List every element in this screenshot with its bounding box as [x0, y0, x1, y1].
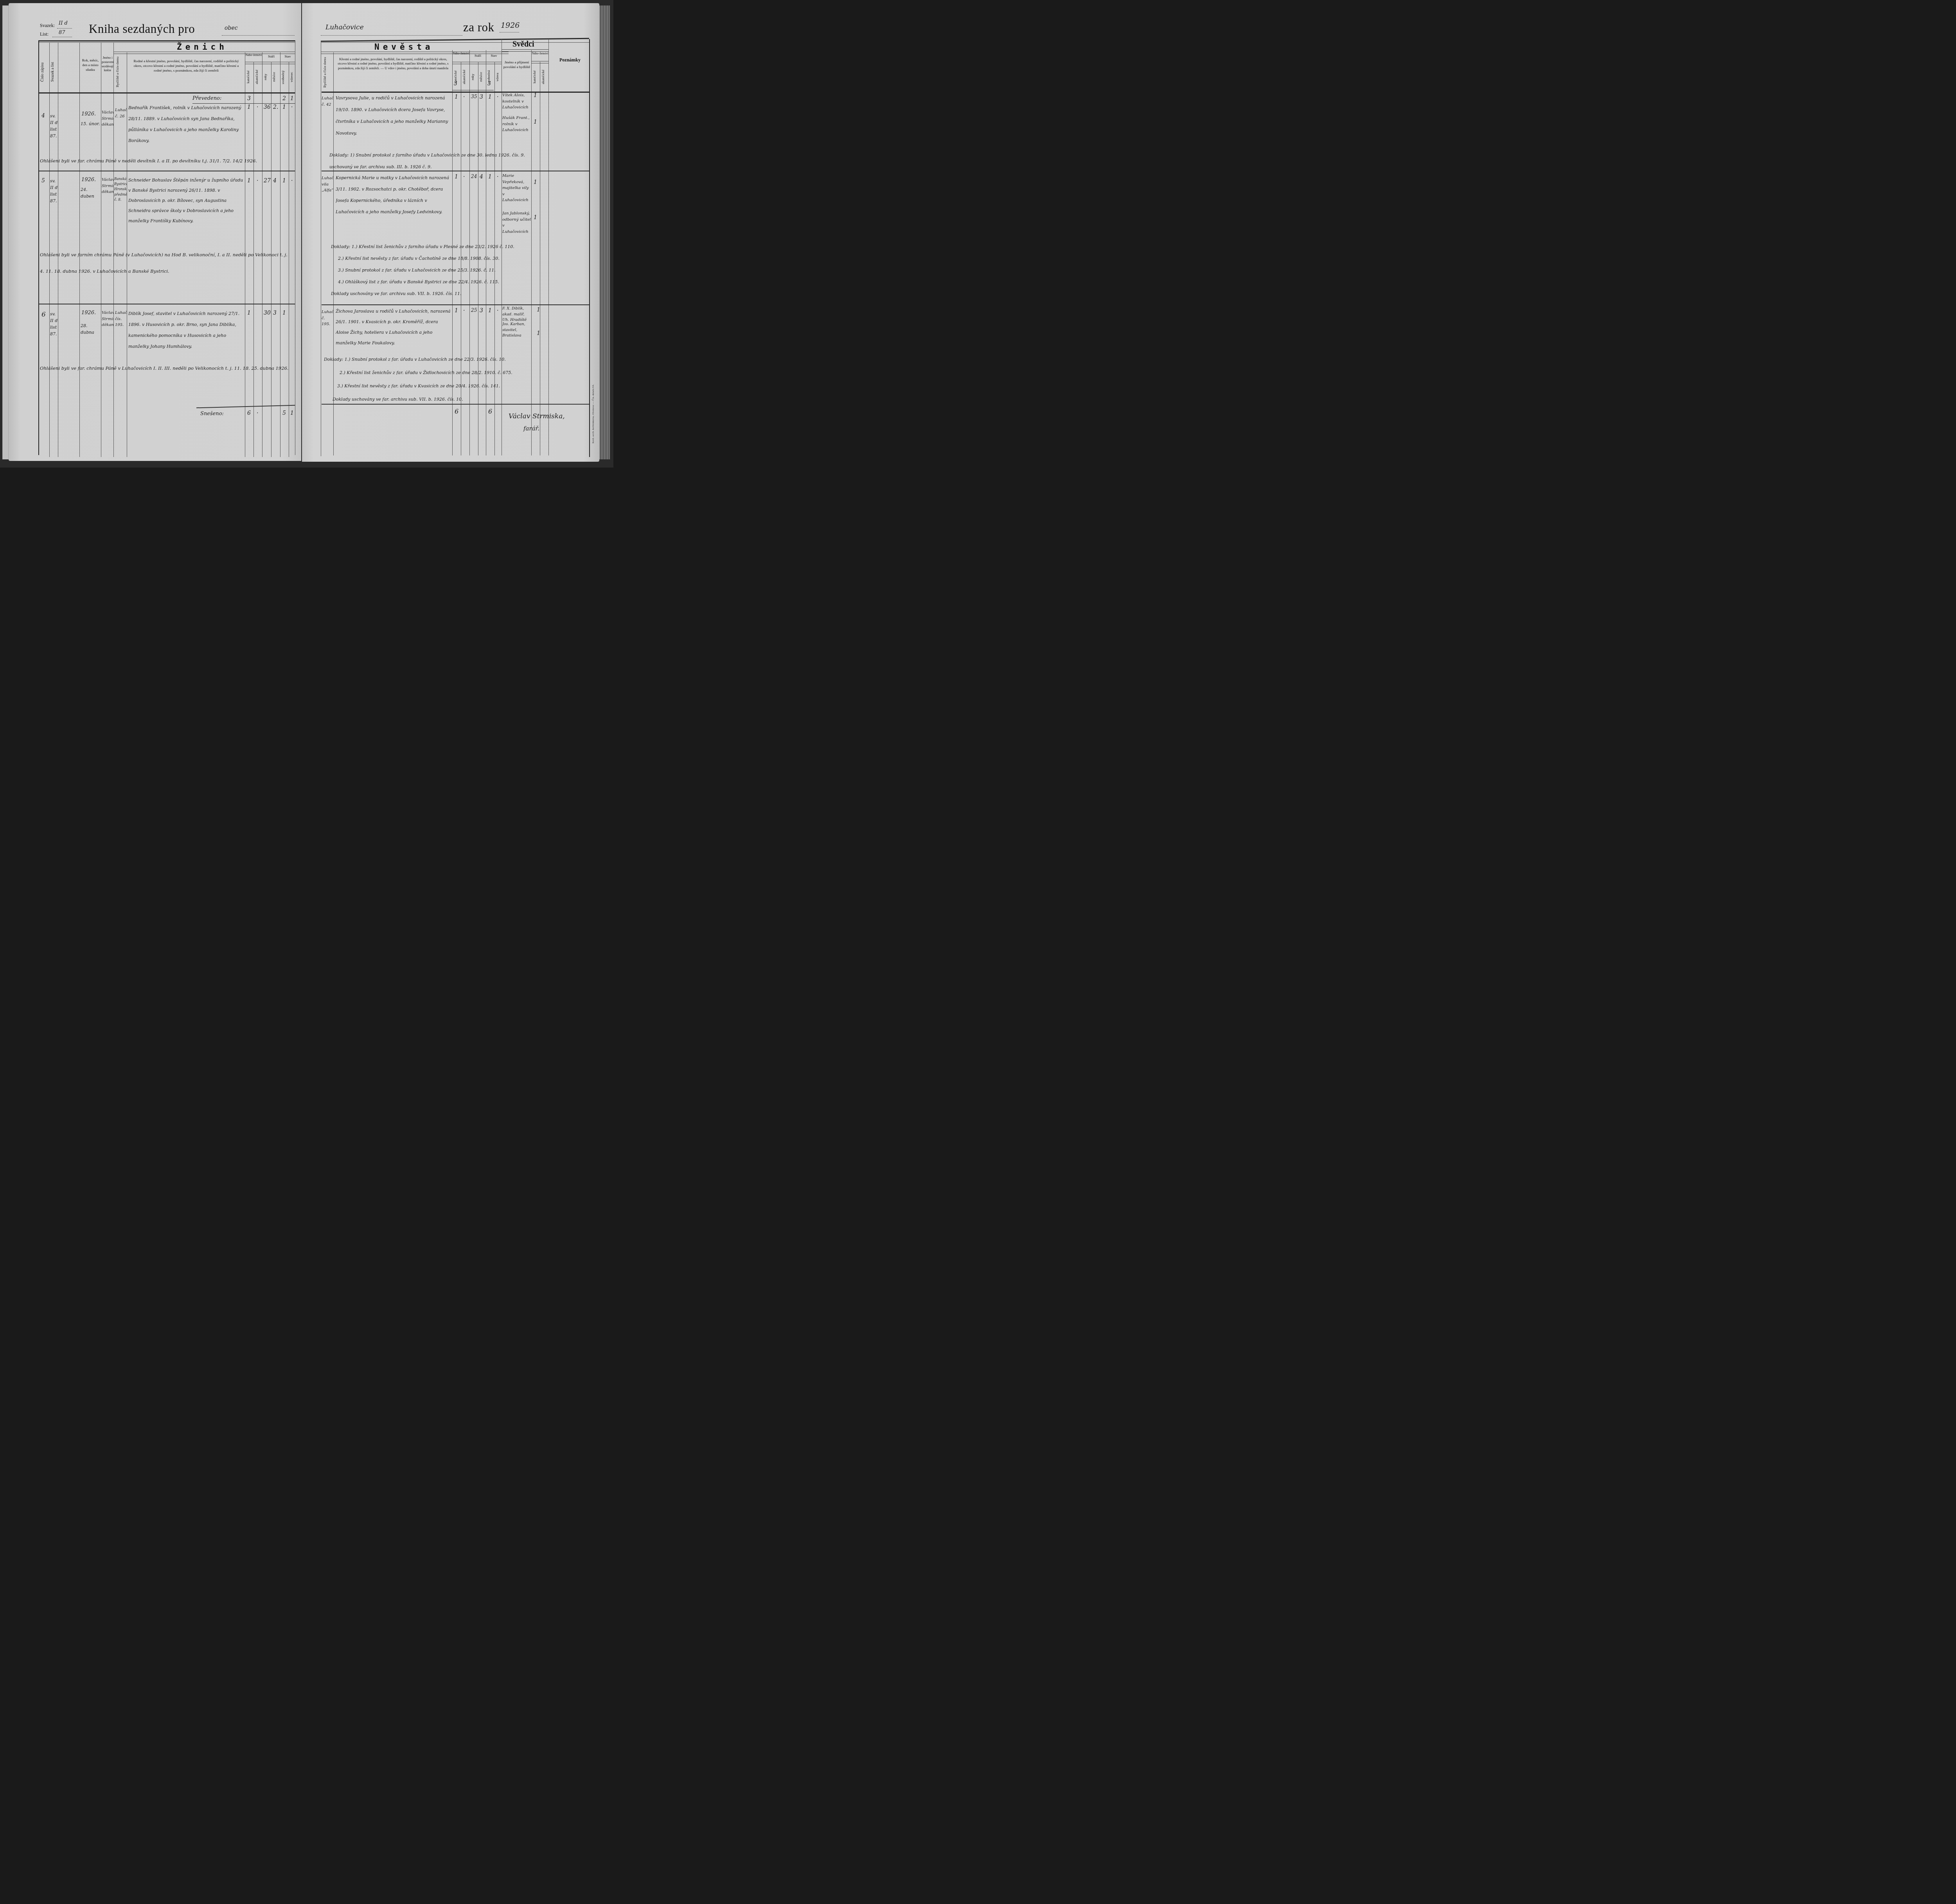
witness-katolicke: 1: [537, 307, 540, 313]
document-line: Doklady uschovány ve far. archivu sub. V…: [331, 288, 581, 300]
document-line: Doklady: 1.) Snubní protokol z far. úřad…: [324, 353, 574, 366]
open-register-book: Svazek: II d List: 87 Kniha sezdaných pr…: [0, 0, 613, 468]
entry-widow: ·: [497, 94, 498, 100]
year-title: za rok: [463, 20, 494, 34]
page-edges-right: [599, 5, 610, 459]
col-header-mesice: měsíce: [271, 63, 280, 91]
title-fill-obec: obec: [225, 25, 238, 31]
entry-age-months: 4: [273, 178, 277, 184]
entry-katolicke: 1: [247, 104, 251, 110]
entry-description: Vavrysova Julie, u rodičů v Luhačovicích…: [336, 92, 451, 139]
col-header-bride-description: Křestní a rodné jméno, povolání, bydlišt…: [337, 57, 449, 70]
entry-age-years: 25: [471, 308, 477, 313]
col-header-datum: Rok, měsíc, den a místo sňatku: [81, 58, 100, 72]
entry-residence: Luhačovice č. 195.: [322, 309, 333, 328]
col-header-bride-status: Stav: [486, 53, 502, 58]
witness-katolicke: 1: [534, 179, 537, 185]
col-header-bride-age: Stáří: [470, 53, 486, 58]
col-header-stari: Stáří: [262, 54, 280, 59]
witness-name: Marie Vepřeková, majitelka vily v Luhačo…: [502, 173, 531, 203]
col-header-bride-mesice: měsíce: [478, 63, 486, 91]
section-title-bride: Nevěsta: [374, 42, 434, 52]
witness-name: F. X. Diblík, akad. malíř, Uh. Hradiště: [502, 306, 531, 323]
entry-age-months: 3: [480, 94, 483, 100]
svazek-value: II d: [59, 20, 68, 26]
totals-vdovec: 1: [290, 410, 294, 416]
witness-katolicke: 1: [537, 330, 540, 337]
col-header-knez: Jméno i postavení sezdávajícího kněze: [102, 56, 113, 73]
entry-katolicke: 1: [455, 94, 458, 100]
entry-date: 24. duben: [81, 186, 101, 200]
entry-description: Bednařík František, rolník v Luhačovicíc…: [128, 103, 244, 146]
entry-number: 5: [41, 178, 45, 184]
entry-residence: Luhačovice č. 42: [322, 95, 333, 108]
entry-documents: Doklady: 1) Snubní protokol z farního úř…: [329, 149, 541, 173]
col-header-stav: Stav: [280, 54, 295, 59]
col-header-bride-akatolicke: akatolické: [462, 63, 469, 91]
entry-year: 1926.: [81, 177, 101, 183]
signature-name: Václav Strmiska,: [509, 412, 565, 420]
witness-katolicke: 1: [534, 214, 537, 221]
entry-age-years: 36: [264, 104, 271, 110]
col-header-katolicke: katolické: [246, 63, 253, 91]
witness-name: Jan Jablonský, odborný učitel v Luhačovi…: [502, 211, 531, 235]
carried-over-label: Převedeno:: [192, 95, 221, 101]
entry-documents: Doklady: 1.) Křestní list ženichův z far…: [331, 241, 581, 300]
entry-akatolicke: ·: [257, 178, 258, 184]
col-header-bride-residence: Bydliště a číslo domu: [322, 55, 333, 90]
entry-akatolicke: ·: [463, 174, 465, 180]
entry-date: 15. únor.: [81, 121, 101, 127]
entry-widower: ·: [291, 178, 293, 184]
signature-title: farář.: [523, 425, 539, 432]
entry-akatolicke: ·: [257, 104, 258, 110]
col-header-bride-vdova: vdova: [495, 63, 502, 91]
col-header-akatolicke: akatolické: [254, 63, 262, 91]
entry-residence: Banská Bystrica Hronská předměstí č. 8.: [114, 177, 127, 203]
entry-residence: Luhačovice čís. 195.: [115, 310, 127, 328]
carried-over-katolicke: 3: [247, 95, 251, 102]
col-header-witness-name: Jméno a příjmení povolání a bydliště: [502, 60, 531, 69]
col-header-bride-roky: roky: [470, 63, 478, 91]
col-header-notes: Poznámky: [552, 57, 588, 63]
entry-widow: ·: [497, 174, 498, 180]
totals-svobodny: 5: [282, 410, 286, 416]
document-line: 3.) Snubní protokol z far. úřadu v Luhač…: [331, 265, 581, 276]
entry-age-months: 3: [273, 310, 277, 316]
entry-single: 1: [282, 104, 286, 110]
entry-svazek-list: sv. II d list 87.: [50, 178, 58, 204]
col-header-witness-katolicke: katolické: [532, 63, 540, 91]
entry-banns: Ohlášeni byli ve far. chrámu Páně v nedě…: [40, 158, 294, 164]
document-line: 4.) Ohláškový list z far. úřadu v Banské…: [331, 276, 581, 288]
col-header-vdovec: vdovec: [289, 63, 295, 91]
entry-priest: Václav Strmiska, děkan.: [102, 310, 113, 328]
totals-akatolicke: ·: [257, 410, 258, 416]
entry-banns: Ohlášeni byli ve farním chrámu Páně (v L…: [40, 247, 290, 279]
witness-name: Jos. Karban, stavitel, Bratislava: [502, 322, 531, 339]
entry-documents: Doklady: 1.) Snubní protokol z far. úřad…: [324, 353, 574, 406]
document-line: 2.) Křestní list nevěsty z far. úřadu v …: [331, 253, 581, 265]
col-header-svazek-list: Svazek a list: [50, 53, 58, 91]
entry-akatolicke: ·: [463, 308, 465, 314]
entry-katolicke: 1: [455, 174, 458, 180]
entry-single: 1: [488, 308, 492, 314]
entry-age-years: 24: [471, 174, 477, 179]
carried-over-bride-katolicke: 3: [454, 81, 457, 87]
document-line: 3.) Křestní list nevěsty z far. úřadu v …: [324, 380, 574, 393]
entry-katolicke: 1: [247, 310, 251, 316]
register-title: Kniha sezdaných pro: [89, 22, 195, 36]
col-header-cislo-zapisu: Číslo zápisu: [40, 53, 49, 91]
entry-single: 1: [282, 310, 286, 316]
entry-description: Schneider Bohuslav Štěpán inženýr u župn…: [128, 175, 244, 226]
carried-over-vdovec: 1: [290, 95, 294, 102]
entry-date: 28. dubna: [81, 322, 101, 336]
printer-imprint: Kníž. arcib. knihtiskárna, Olomouc — Čís…: [591, 367, 595, 461]
right-page: Luhačovice za rok 1926 Nevěsta Svědci By…: [302, 3, 599, 462]
section-title-witnesses: Svědci: [512, 40, 534, 49]
entry-age-years: 35: [471, 94, 477, 99]
entry-katolicke: 1: [247, 178, 251, 184]
entry-katolicke: 1: [455, 308, 458, 314]
entry-age-months: 3: [480, 308, 483, 314]
entry-residence: Luhačovice č. 26: [115, 107, 127, 119]
col-header-bride-religion: Nábo-ženství: [453, 52, 469, 56]
witness-katolicke: 1: [534, 119, 537, 125]
entry-age-years: 27: [264, 178, 271, 184]
witness-name: Hušák Frant., rolník v Luhačovicích: [502, 115, 530, 133]
svazek-label: Svazek:: [40, 23, 55, 29]
witness-name: Vítek Alois, kostelník v Luhačovicích: [502, 92, 530, 111]
entry-single: 1: [488, 94, 492, 100]
list-value: 87: [59, 30, 65, 36]
entry-banns: Ohlášeni byli ve far. chrámu Páně v Luha…: [40, 362, 290, 375]
col-header-roky: roky: [263, 63, 271, 91]
totals-bride-katolicke: 6: [455, 408, 458, 415]
entry-widow: ·: [497, 308, 498, 314]
left-page: Svazek: II d List: 87 Kniha sezdaných pr…: [9, 3, 301, 461]
year-fill: 1926: [501, 21, 520, 30]
place-fill: Luhačovice: [325, 23, 364, 31]
col-header-witness-religion: Nábo-ženství: [532, 52, 548, 56]
carried-over-svobodny: 2: [282, 95, 286, 102]
entry-svazek-list: sv. II d list 87.: [50, 113, 58, 139]
totals-label: Snešeno:: [200, 411, 224, 417]
col-header-witness-akatolicke: akatolické: [541, 63, 548, 91]
section-title-groom: Ženich: [177, 42, 228, 52]
carried-over-bride-svobodna: 3: [487, 81, 491, 87]
totals-katolicke: 6: [247, 410, 251, 416]
entry-year: 1926.: [81, 310, 101, 316]
entry-description: Diblík Josef, stavitel v Luhačovicích na…: [128, 308, 244, 352]
document-line: 2.) Křestní list ženichův z far. úřadu v…: [324, 366, 574, 380]
entry-year: 1926.: [81, 111, 101, 117]
entry-priest: Václav Strmiska, děkan: [102, 177, 113, 195]
entry-number: 6: [41, 311, 46, 319]
col-header-bydliste: Bydliště a číslo domu: [115, 54, 126, 90]
col-header-nabozenstvi: Nabo-ženství: [245, 53, 262, 58]
entry-description: Kopernická Marie u matky v Luhačovicích …: [336, 172, 451, 218]
entry-age-months: 4: [480, 174, 483, 180]
entry-single: 1: [488, 174, 492, 180]
entry-residence: Luhačovice vila „Alfa“: [322, 175, 333, 194]
entry-akatolicke: ·: [463, 94, 465, 100]
entry-svazek-list: sv. II d list 87.: [50, 311, 58, 337]
entry-single: 1: [282, 178, 286, 184]
document-line: Doklady: 1.) Křestní list ženichův z far…: [331, 241, 581, 253]
entry-age-months: 2.: [273, 104, 278, 110]
list-label: List:: [40, 31, 49, 37]
totals-bride-svobodna: 6: [488, 408, 492, 415]
entry-age-years: 30: [264, 310, 271, 316]
witness-katolicke: 1: [534, 92, 537, 99]
entry-number: 4: [41, 113, 45, 119]
col-header-svobodny: svobodný: [280, 63, 288, 91]
entry-priest: Václav Strmiska, děkan: [102, 110, 113, 128]
col-header-popis: Rodné a křestní jméno, povolání, bydlišt…: [131, 59, 242, 73]
entry-description: Žichova Jaroslava u rodičů v Luhačovicíc…: [336, 306, 451, 348]
entry-widower: ·: [291, 104, 293, 110]
